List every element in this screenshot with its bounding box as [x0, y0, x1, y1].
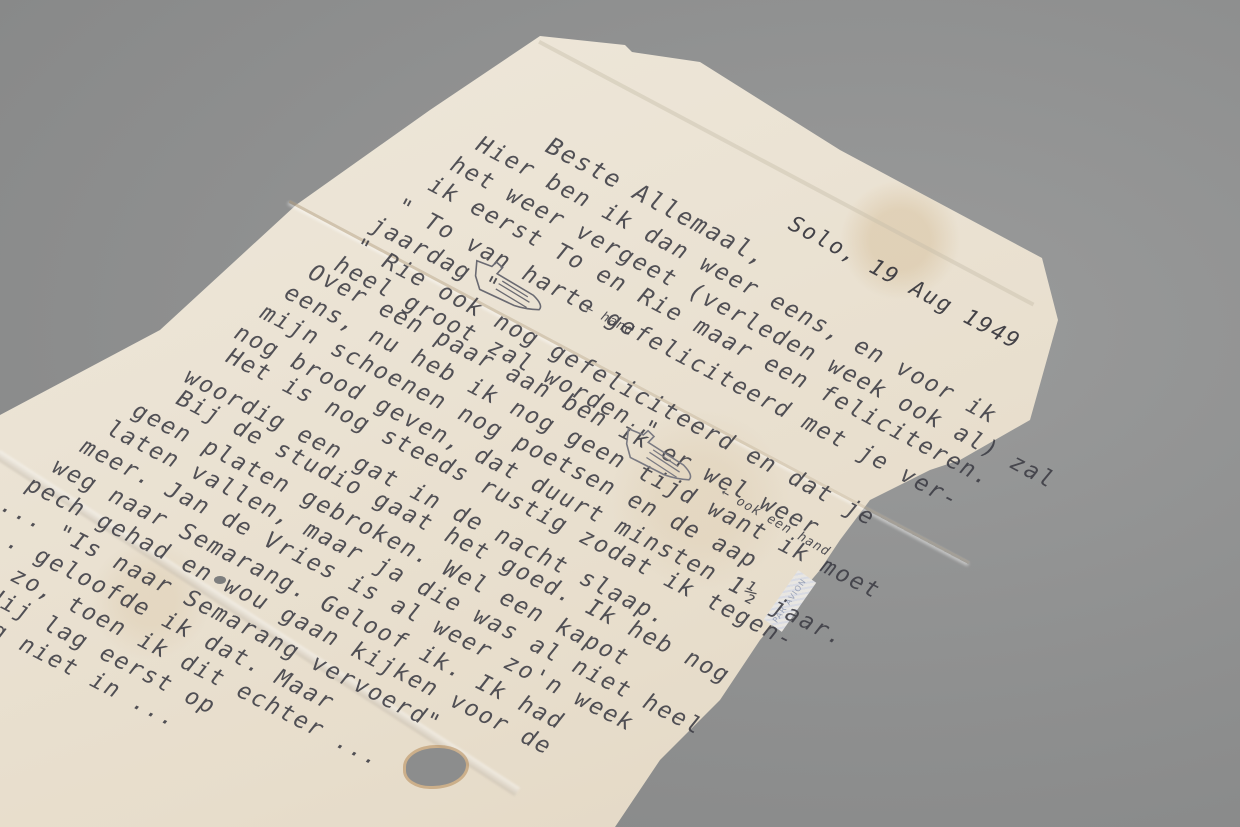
paper-tear — [214, 576, 226, 584]
